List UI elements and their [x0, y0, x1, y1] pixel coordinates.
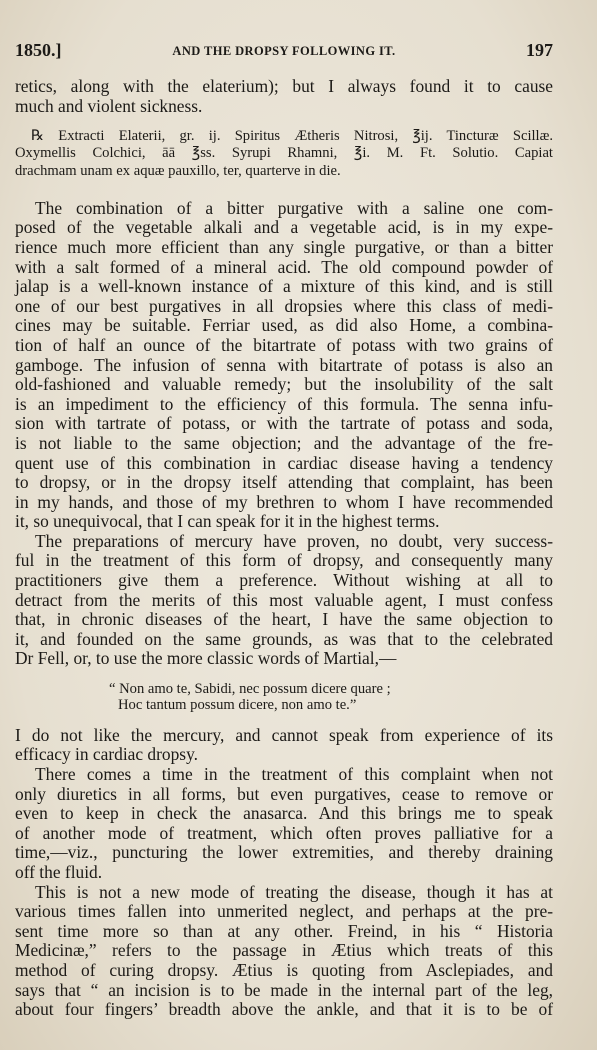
text-line: only diuretics in all forms, but even pu…	[15, 785, 553, 805]
text-line: practitioners give them a preference. Wi…	[15, 571, 553, 591]
text-line: jalap is a well-known instance of a mixt…	[15, 277, 553, 297]
paragraph-carryover: retics, along with the elaterium); but I…	[15, 77, 553, 116]
text-line: in my hands, and those of my brethren to…	[15, 493, 553, 513]
text-line: Medicinæ,” refers to the passage in Ætiu…	[15, 941, 553, 961]
text-line: with a salt formed of a mineral acid. Th…	[15, 258, 553, 278]
quote-line: Hoc tantum possum dicere, non amo te.”	[109, 697, 553, 713]
text-line: This is not a new mode of treating the d…	[15, 883, 553, 903]
paragraph-combination: The combination of a bitter purgative wi…	[15, 199, 553, 532]
page-number: 197	[526, 40, 553, 61]
text-line: The combination of a bitter purgative wi…	[15, 199, 553, 219]
text-line: Oxymellis Colchici, āā ℥ss. Syrupi Rhamn…	[15, 145, 553, 162]
text-line: There comes a time in the treatment of t…	[15, 765, 553, 785]
text-line: old-fashioned and valuable remedy; but t…	[15, 375, 553, 395]
text-line: that, in chronic diseases of the heart, …	[15, 610, 553, 630]
text-line: detract from the merits of this most val…	[15, 591, 553, 611]
text-line: much and violent sickness.	[15, 97, 553, 117]
text-line: method of curing dropsy. Ætius is quotin…	[15, 961, 553, 981]
text-line: cines may be suitable. Ferriar used, as …	[15, 316, 553, 336]
text-line: tion of half an ounce of the bitartrate …	[15, 336, 553, 356]
text-line: drachmam unam ex aquæ pauxillo, ter, qua…	[15, 163, 553, 180]
text-line: time,—viz., puncturing the lower extremi…	[15, 843, 553, 863]
text-line: sent time more so than at any other. Fre…	[15, 922, 553, 942]
text-line: gamboge. The infusion of senna with bita…	[15, 356, 553, 376]
text-line: The preparations of mercury have proven,…	[15, 532, 553, 552]
text-line: about four fingers’ breadth above the an…	[15, 1000, 553, 1020]
text-line: ℞ Extracti Elaterii, gr. ij. Spiritus Æt…	[15, 128, 553, 145]
text-line: rience much more efficient than any sing…	[15, 238, 553, 258]
text-line: ful in the treatment of this form of dro…	[15, 551, 553, 571]
text-line: Dr Fell, or, to use the more classic wor…	[15, 649, 553, 669]
text-line: it, and founded on the same grounds, as …	[15, 630, 553, 650]
text-line: is an impediment to the efficiency of th…	[15, 395, 553, 415]
text-line: quent use of this combination in cardiac…	[15, 454, 553, 474]
paragraph-time-comes: There comes a time in the treatment of t…	[15, 765, 553, 883]
text-line: various times fallen into unmerited negl…	[15, 902, 553, 922]
body-text: retics, along with the elaterium); but I…	[15, 77, 553, 1020]
prescription-recipe: ℞ Extracti Elaterii, gr. ij. Spiritus Æt…	[15, 128, 553, 180]
running-head: 1850.] AND THE DROPSY FOLLOWING IT. 197	[15, 40, 553, 66]
paragraph-dislike: I do not like the mercury, and cannot sp…	[15, 726, 553, 765]
text-line: efficacy in cardiac dropsy.	[15, 745, 553, 765]
text-line: one of our best purgatives in all dropsi…	[15, 297, 553, 317]
text-line: sion with tartrate of potass, or with th…	[15, 414, 553, 434]
text-line: of another mode of treatment, which ofte…	[15, 824, 553, 844]
text-line: posed of the vegetable alkali and a vege…	[15, 218, 553, 238]
running-head-title: AND THE DROPSY FOLLOWING IT.	[15, 44, 553, 59]
text-line: it, so unequivocal, that I can speak for…	[15, 512, 553, 532]
paragraph-mercury: The preparations of mercury have proven,…	[15, 532, 553, 669]
text-line: to dropsy, or in the dropsy itself atten…	[15, 473, 553, 493]
text-line: off the fluid.	[15, 863, 553, 883]
text-line: even to keep in check the anasarca. And …	[15, 804, 553, 824]
text-line: I do not like the mercury, and cannot sp…	[15, 726, 553, 746]
martial-quotation: “ Non amo te, Sabidi, nec possum dicere …	[109, 681, 553, 714]
text-line: is not liable to the same objection; and…	[15, 434, 553, 454]
paragraph-not-new: This is not a new mode of treating the d…	[15, 883, 553, 1020]
quote-line: “ Non amo te, Sabidi, nec possum dicere …	[109, 681, 553, 697]
text-line: retics, along with the elaterium); but I…	[15, 77, 553, 97]
text-line: says that “ an incision is to be made in…	[15, 981, 553, 1001]
